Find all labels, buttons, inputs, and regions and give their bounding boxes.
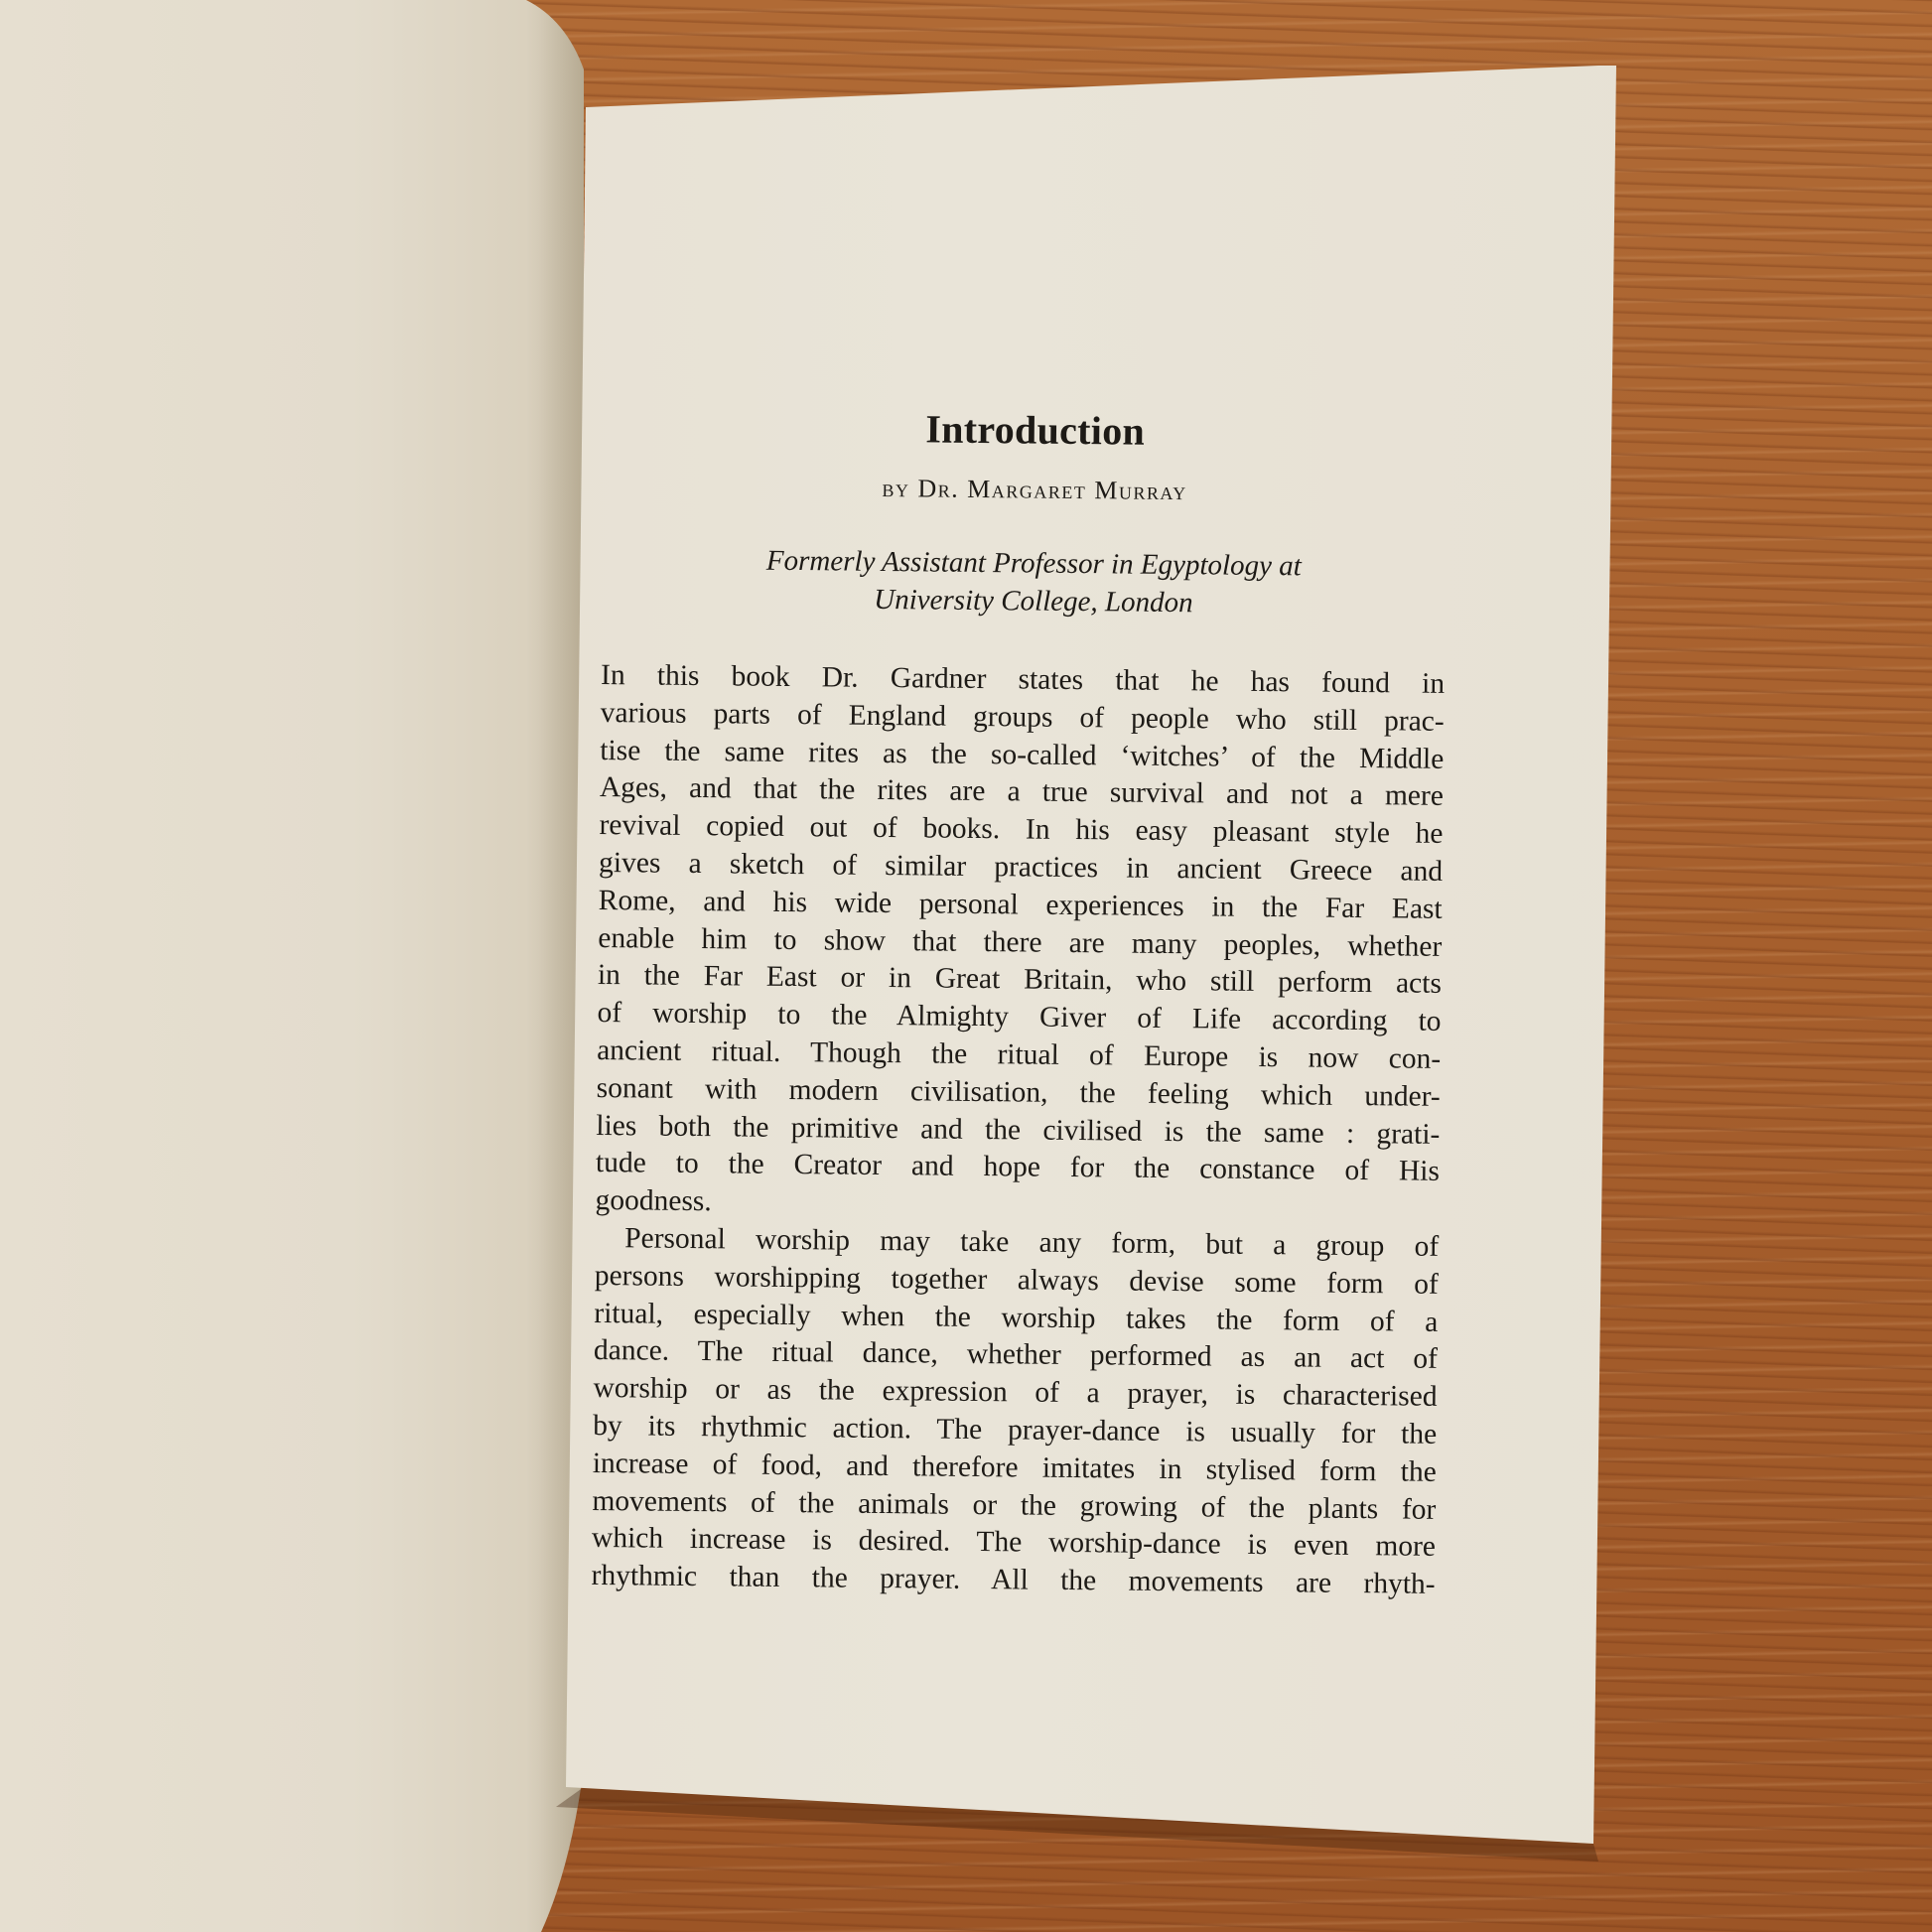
chapter-title: Introduction bbox=[604, 402, 1448, 458]
page-text: Introduction by Dr. Margaret Murray Form… bbox=[591, 402, 1448, 1604]
photo-scene: Introduction by Dr. Margaret Murray Form… bbox=[0, 0, 1932, 1932]
paragraph-2: Personal worship may take any form, but … bbox=[591, 1220, 1439, 1604]
affiliation-line: University College, London bbox=[621, 578, 1446, 624]
left-blank-page bbox=[0, 0, 586, 1932]
author-affiliation: Formerly Assistant Professor in Egyptolo… bbox=[602, 540, 1447, 624]
author-byline: by Dr. Margaret Murray bbox=[603, 471, 1447, 509]
paragraph-1: In this book Dr. Gardner states that he … bbox=[595, 657, 1445, 1229]
